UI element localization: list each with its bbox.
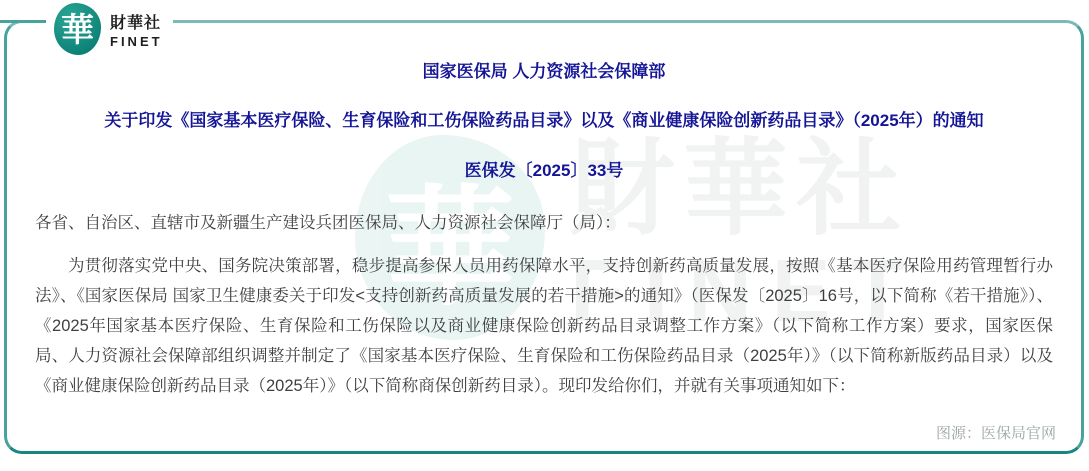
notice-title: 关于印发《国家基本医疗保险、生育保险和工伤保险药品目录》以及《商业健康保险创新药… bbox=[35, 111, 1053, 131]
notice-document: 国家医保局 人力资源社会保障部 关于印发《国家基本医疗保险、生育保险和工伤保险药… bbox=[7, 23, 1081, 451]
notice-salutation: 各省、自治区、直辖市及新疆生产建设兵团医保局、人力资源社会保障厅（局）： bbox=[35, 209, 1053, 237]
notice-body-paragraph: 为贯彻落实党中央、国务院决策部署，稳步提高参保人员用药保障水平，支持创新药高质量… bbox=[35, 251, 1053, 401]
finet-logo-icon: 華 bbox=[54, 3, 101, 55]
notice-issuer: 国家医保局 人力资源社会保障部 bbox=[35, 62, 1053, 82]
image-source-caption: 图源：医保局官网 bbox=[936, 422, 1056, 443]
notice-doc-number: 医保发〔2025〕33号 bbox=[35, 161, 1053, 181]
brand-name-english: FINET bbox=[110, 34, 163, 49]
finet-logo-glyph: 華 bbox=[61, 13, 94, 46]
brand-name-chinese: 財華社 bbox=[110, 10, 163, 33]
finet-logo-text: 財華社 FINET bbox=[110, 10, 163, 49]
finet-logo: 華 財華社 FINET bbox=[46, 1, 173, 57]
